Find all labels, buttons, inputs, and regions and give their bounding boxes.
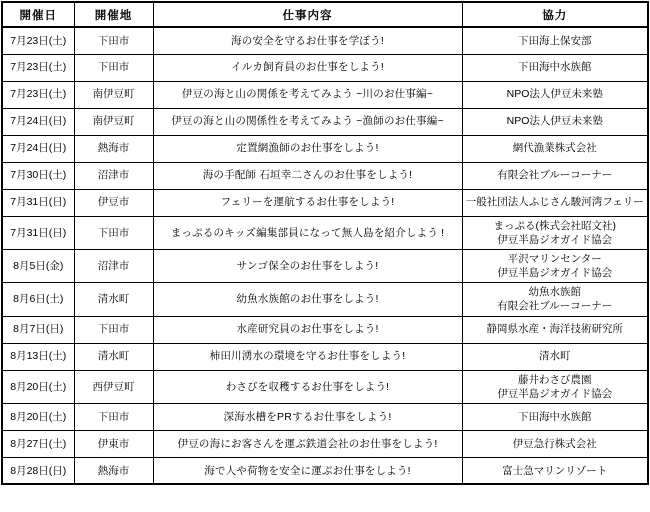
cell-partner: まっぷる(株式会社昭文社) 伊豆半島ジオガイド協会 <box>462 216 648 249</box>
cell-date: 8月5日(金) <box>2 249 74 282</box>
cell-place: 熱海市 <box>74 457 153 484</box>
cell-partner: 下田海中水族館 <box>462 403 648 430</box>
cell-place: 南伊豆町 <box>74 81 153 108</box>
cell-job: 海で人や荷物を安全に運ぶお仕事をしよう! <box>153 457 462 484</box>
cell-date: 7月23日(土) <box>2 54 74 81</box>
cell-place: 沼津市 <box>74 249 153 282</box>
table-row: 8月20日(土)下田市深海水槽をPRするお仕事をしよう!下田海中水族館 <box>2 403 648 430</box>
cell-date: 8月20日(土) <box>2 403 74 430</box>
table-row: 7月30日(土)沼津市海の手配師 石垣幸二さんのお仕事をしよう!有限会社ブルーコ… <box>2 162 648 189</box>
cell-date: 8月20日(土) <box>2 370 74 403</box>
cell-partner: 下田海中水族館 <box>462 54 648 81</box>
cell-place: 下田市 <box>74 403 153 430</box>
cell-place: 沼津市 <box>74 162 153 189</box>
cell-partner: 有限会社ブルーコーナー <box>462 162 648 189</box>
table-row: 8月13日(土)清水町柿田川湧水の環境を守るお仕事をしよう!清水町 <box>2 343 648 370</box>
cell-partner: 藤井わさび農園 伊豆半島ジオガイド協会 <box>462 370 648 403</box>
cell-job: 定置網漁師のお仕事をしよう! <box>153 135 462 162</box>
cell-job: 伊豆の海と山の関係性を考えてみよう ~漁師のお仕事編~ <box>153 108 462 135</box>
cell-place: 下田市 <box>74 54 153 81</box>
cell-job: サンゴ保全のお仕事をしよう! <box>153 249 462 282</box>
cell-date: 7月24日(日) <box>2 108 74 135</box>
cell-place: 清水町 <box>74 283 153 316</box>
cell-job: フェリーを運航するお仕事をしよう! <box>153 189 462 216</box>
table-row: 7月24日(日)熱海市定置網漁師のお仕事をしよう!網代漁業株式会社 <box>2 135 648 162</box>
cell-job: 海の手配師 石垣幸二さんのお仕事をしよう! <box>153 162 462 189</box>
table-row: 7月31日(日)下田市まっぷるのキッズ編集部員になって無人島を紹介しよう !まっ… <box>2 216 648 249</box>
cell-date: 7月24日(日) <box>2 135 74 162</box>
cell-partner: NPO法人伊豆未来塾 <box>462 108 648 135</box>
cell-place: 清水町 <box>74 343 153 370</box>
table-row: 7月31日(日)伊豆市フェリーを運航するお仕事をしよう!一般社団法人ふじさん駿河… <box>2 189 648 216</box>
table-row: 8月6日(土)清水町幼魚水族館のお仕事をしよう!幼魚水族館 有限会社ブルーコーナ… <box>2 283 648 316</box>
table-row: 7月23日(土)下田市海の安全を守るお仕事を学ぼう!下田海上保安部 <box>2 27 648 54</box>
table-row: 8月5日(金)沼津市サンゴ保全のお仕事をしよう!平沢マリンセンター 伊豆半島ジオ… <box>2 249 648 282</box>
cell-partner: 一般社団法人ふじさん駿河湾フェリー <box>462 189 648 216</box>
column-header-place: 開催地 <box>74 2 153 27</box>
cell-date: 7月30日(土) <box>2 162 74 189</box>
column-header-date: 開催日 <box>2 2 74 27</box>
cell-date: 8月7日(日) <box>2 316 74 343</box>
cell-partner: 富士急マリンリゾート <box>462 457 648 484</box>
cell-job: わさびを収穫するお仕事をしよう! <box>153 370 462 403</box>
cell-date: 7月23日(土) <box>2 27 74 54</box>
cell-partner: 網代漁業株式会社 <box>462 135 648 162</box>
cell-date: 7月31日(日) <box>2 189 74 216</box>
cell-place: 下田市 <box>74 316 153 343</box>
cell-date: 7月31日(日) <box>2 216 74 249</box>
table-row: 8月27日(土)伊東市伊豆の海にお客さんを運ぶ鉄道会社のお仕事をしよう!伊豆急行… <box>2 430 648 457</box>
cell-job: 水産研究員のお仕事をしよう! <box>153 316 462 343</box>
cell-place: 下田市 <box>74 216 153 249</box>
cell-place: 西伊豆町 <box>74 370 153 403</box>
table-row: 7月24日(日)南伊豆町伊豆の海と山の関係性を考えてみよう ~漁師のお仕事編~N… <box>2 108 648 135</box>
column-header-job: 仕事内容 <box>153 2 462 27</box>
cell-date: 7月23日(土) <box>2 81 74 108</box>
column-header-partner: 協力 <box>462 2 648 27</box>
cell-place: 熱海市 <box>74 135 153 162</box>
table-row: 7月23日(土)下田市イルカ飼育員のお仕事をしよう!下田海中水族館 <box>2 54 648 81</box>
cell-place: 南伊豆町 <box>74 108 153 135</box>
cell-date: 8月6日(土) <box>2 283 74 316</box>
cell-job: イルカ飼育員のお仕事をしよう! <box>153 54 462 81</box>
cell-partner: 静岡県水産・海洋技術研究所 <box>462 316 648 343</box>
table-body: 7月23日(土)下田市海の安全を守るお仕事を学ぼう!下田海上保安部7月23日(土… <box>2 27 648 484</box>
cell-partner: 伊豆急行株式会社 <box>462 430 648 457</box>
cell-job: 幼魚水族館のお仕事をしよう! <box>153 283 462 316</box>
table-header-row: 開催日 開催地 仕事内容 協力 <box>2 2 648 27</box>
cell-partner: NPO法人伊豆未来塾 <box>462 81 648 108</box>
table-row: 8月20日(土)西伊豆町わさびを収穫するお仕事をしよう!藤井わさび農園 伊豆半島… <box>2 370 648 403</box>
cell-date: 8月28日(日) <box>2 457 74 484</box>
cell-place: 伊豆市 <box>74 189 153 216</box>
cell-partner: 下田海上保安部 <box>462 27 648 54</box>
cell-date: 8月27日(土) <box>2 430 74 457</box>
cell-partner: 幼魚水族館 有限会社ブルーコーナー <box>462 283 648 316</box>
cell-job: 深海水槽をPRするお仕事をしよう! <box>153 403 462 430</box>
cell-date: 8月13日(土) <box>2 343 74 370</box>
table-row: 8月7日(日)下田市水産研究員のお仕事をしよう!静岡県水産・海洋技術研究所 <box>2 316 648 343</box>
table-row: 7月23日(土)南伊豆町伊豆の海と山の関係を考えてみよう ~川のお仕事編~NPO… <box>2 81 648 108</box>
cell-job: 海の安全を守るお仕事を学ぼう! <box>153 27 462 54</box>
cell-job: 伊豆の海と山の関係を考えてみよう ~川のお仕事編~ <box>153 81 462 108</box>
cell-job: 伊豆の海にお客さんを運ぶ鉄道会社のお仕事をしよう! <box>153 430 462 457</box>
cell-partner: 清水町 <box>462 343 648 370</box>
table-row: 8月28日(日)熱海市海で人や荷物を安全に運ぶお仕事をしよう!富士急マリンリゾー… <box>2 457 648 484</box>
cell-partner: 平沢マリンセンター 伊豆半島ジオガイド協会 <box>462 249 648 282</box>
event-schedule-table: 開催日 開催地 仕事内容 協力 7月23日(土)下田市海の安全を守るお仕事を学ぼ… <box>1 1 649 485</box>
cell-job: 柿田川湧水の環境を守るお仕事をしよう! <box>153 343 462 370</box>
cell-place: 下田市 <box>74 27 153 54</box>
cell-place: 伊東市 <box>74 430 153 457</box>
cell-job: まっぷるのキッズ編集部員になって無人島を紹介しよう ! <box>153 216 462 249</box>
